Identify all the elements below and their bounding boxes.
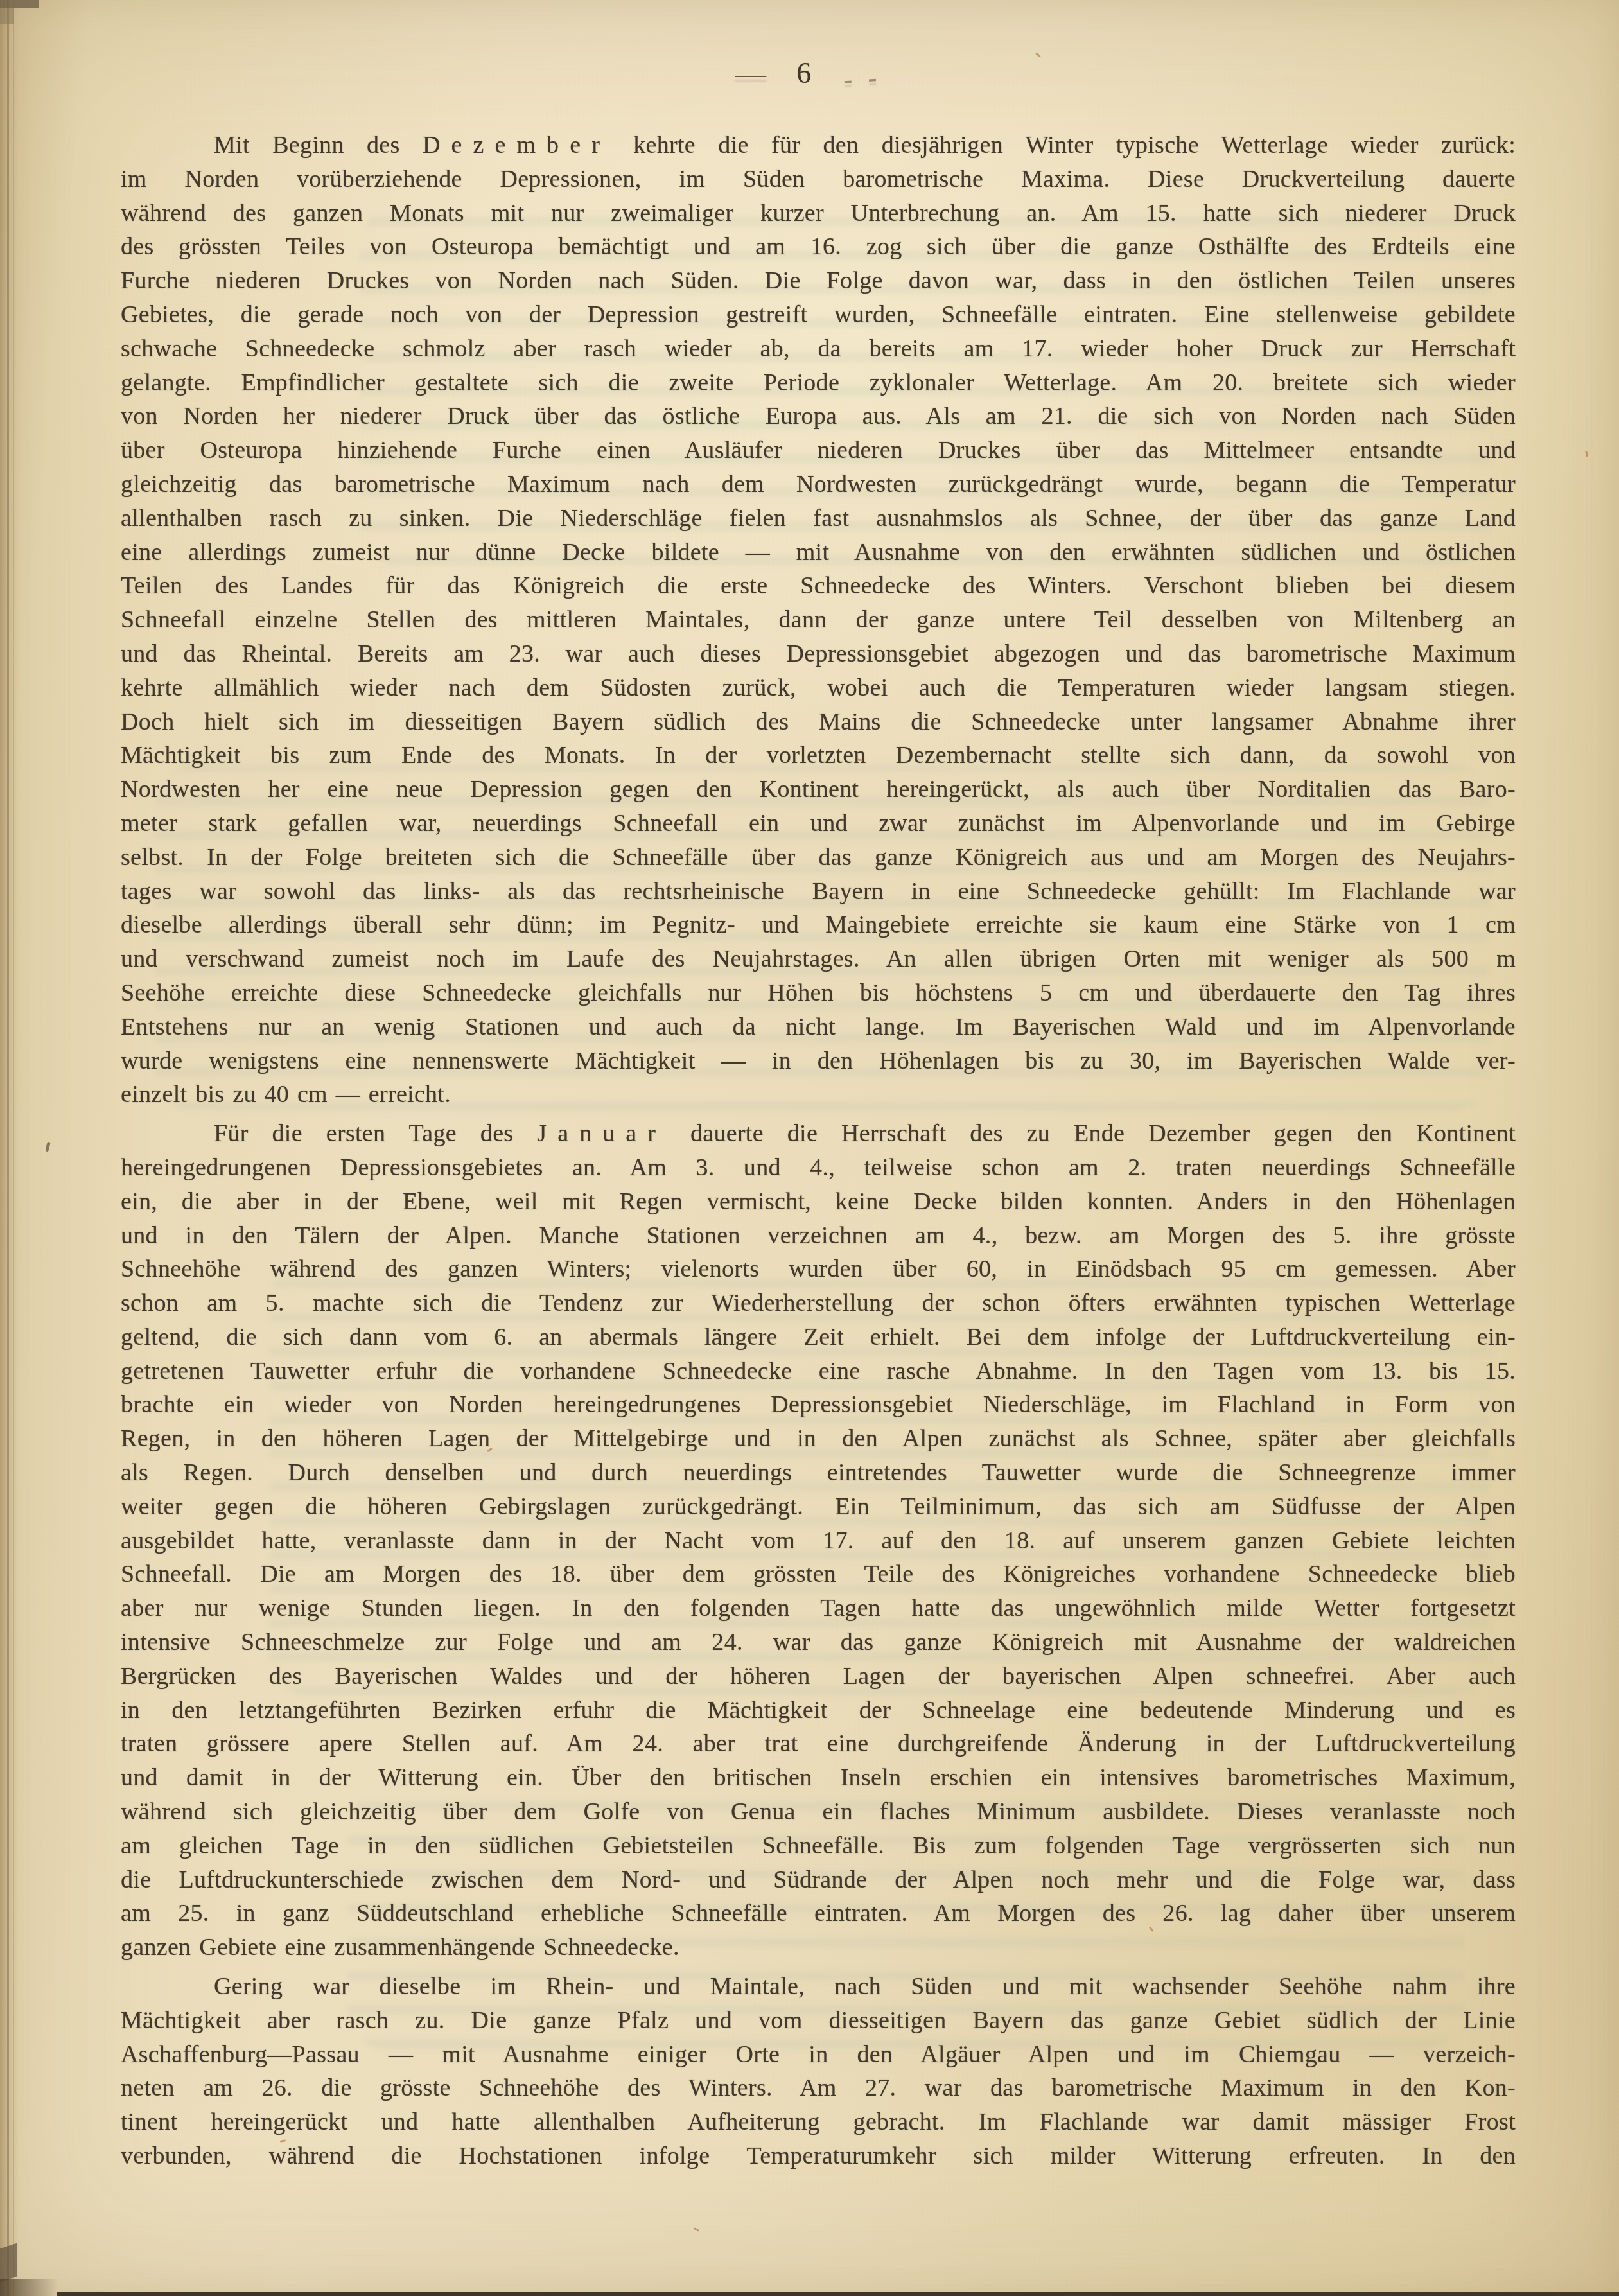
text-line: die Luftdruckunterschiede zwischen dem N…: [121, 1863, 1516, 1897]
text-line: Mächtigkeit aber rasch zu. Die ganze Pfa…: [121, 2004, 1516, 2038]
text-line: in den letztangeführten Bezirken erfuhr …: [121, 1694, 1516, 1728]
text-line: als Regen. Durch denselben und durch neu…: [121, 1456, 1516, 1490]
line-text: dauerte die Herrschaft des zu Ende Dezem…: [667, 1120, 1516, 1147]
text-line: Gebietes, die gerade noch von der Depres…: [121, 298, 1516, 332]
text-line: gelangte. Empfindlicher gestaltete sich …: [121, 366, 1516, 400]
text-line: und verschwand zumeist noch im Laufe des…: [121, 942, 1516, 976]
text-line: getretenen Tauwetter erfuhr die vorhande…: [121, 1354, 1516, 1389]
text-line: während sich gleichzeitig über dem Golfe…: [121, 1795, 1516, 1829]
text-line: Regen, in den höheren Lagen der Mittelge…: [121, 1422, 1516, 1456]
letterspaced-word-dezember: Dezember: [423, 132, 611, 159]
scan-artifact-top-left: [0, 0, 39, 8]
text-line: im Norden vorüberziehende Depressionen, …: [121, 162, 1516, 197]
text-line: neten am 26. die grösste Schneehöhe des …: [121, 2071, 1516, 2105]
text-line: selbst. In der Folge breiteten sich die …: [121, 841, 1516, 875]
text-line: von Norden her niederer Druck über das ö…: [121, 399, 1516, 434]
text-line: ausgebildet hatte, veranlasste dann in d…: [121, 1524, 1516, 1558]
text-line: ein, die aber in der Ebene, weil mit Reg…: [121, 1185, 1516, 1219]
page-header: —6- -: [0, 59, 1619, 89]
text-line: intensive Schneeschmelze zur Folge und a…: [121, 1626, 1516, 1660]
body-text: Mit Beginn des Dezember kehrte die für d…: [121, 128, 1516, 2173]
text-line: eine allerdings zumeist nur dünne Decke …: [121, 536, 1516, 570]
text-line: traten grössere apere Stellen auf. Am 24…: [121, 1727, 1516, 1761]
text-line: am gleichen Tage in den südlichen Gebiet…: [121, 1829, 1516, 1863]
text-line: Für die ersten Tage des Januar dauerte d…: [121, 1117, 1516, 1151]
header-smudge-mark: - -: [843, 64, 882, 94]
text-line: wurde wenigstens eine nennenswerte Mächt…: [121, 1044, 1516, 1078]
text-line: hereingedrungenen Depressionsgebietes an…: [121, 1151, 1516, 1185]
text-line: Aschaffenburg—Passau — mit Ausnahme eini…: [121, 2038, 1516, 2072]
scan-edge-bottom: [57, 2292, 1619, 2296]
text-line: Doch hielt sich im diesseitigen Bayern s…: [121, 705, 1516, 739]
paper-speck: [1585, 451, 1588, 457]
binding-edge-shadow: [0, 0, 19, 2296]
text-line: des grössten Teiles von Osteuropa bemäch…: [121, 230, 1516, 264]
page-edge-line: [7, 0, 9, 2296]
ink-fleck: [45, 1142, 50, 1152]
text-line: tages war sowohl das links- als das rech…: [121, 875, 1516, 909]
scan-artifact-top-left: [0, 8, 14, 24]
text-line: Teilen des Landes für das Königreich die…: [121, 569, 1516, 603]
paper-speck: [1035, 52, 1041, 57]
scan-artifact-bottom-left: [0, 2243, 17, 2282]
text-line: Schneefall einzelne Stellen des mittlere…: [121, 603, 1516, 637]
text-line: ganzen Gebiete eine zusammenhängende Sch…: [121, 1931, 1516, 1965]
text-line: und das Rheintal. Bereits am 23. war auc…: [121, 637, 1516, 671]
text-line: geltend, die sich dann vom 6. an abermal…: [121, 1320, 1516, 1354]
text-line: aber nur wenige Stunden liegen. In den f…: [121, 1591, 1516, 1626]
text-line: Mächtigkeit bis zum Ende des Monats. In …: [121, 739, 1516, 773]
page-edge-line: [13, 0, 14, 2296]
text-line: Entstehens nur an wenig Stationen und au…: [121, 1010, 1516, 1044]
text-line: über Osteuropa hinziehende Furche einen …: [121, 434, 1516, 468]
paper-speck: [694, 2227, 699, 2232]
text-line: meter stark gefallen war, neuerdings Sch…: [121, 807, 1516, 841]
text-line: schon am 5. machte sich die Tendenz zur …: [121, 1286, 1516, 1320]
text-line: während des ganzen Monats mit nur zweima…: [121, 197, 1516, 231]
line-text: Für die ersten Tage des: [214, 1120, 537, 1147]
scanned-page: —6- - Mit Beginn des Dezember kehrte die…: [0, 0, 1619, 2296]
text-line: Nordwesten her eine neue Depression gege…: [121, 773, 1516, 807]
text-line: brachte ein wieder von Norden hereingedr…: [121, 1388, 1516, 1422]
text-line: und damit in der Witterung ein. Über den…: [121, 1761, 1516, 1795]
header-dash: —: [735, 60, 766, 89]
text-line: einzelt bis zu 40 cm — erreicht.: [121, 1078, 1516, 1112]
text-line: weiter gegen die höheren Gebirgslagen zu…: [121, 1490, 1516, 1524]
line-text: kehrte die für den diesjährigen Winter t…: [611, 132, 1516, 159]
text-line: Schneefall. Die am Morgen des 18. über d…: [121, 1557, 1516, 1591]
text-line: am 25. in ganz Süddeutschland erhebliche…: [121, 1897, 1516, 1931]
text-line: Gering war dieselbe im Rhein- und Mainta…: [121, 1970, 1516, 2004]
text-line: dieselbe allerdings überall sehr dünn; i…: [121, 908, 1516, 942]
text-line: Seehöhe erreichte diese Schneedecke glei…: [121, 976, 1516, 1010]
text-line: tinent hereingerückt und hatte allenthal…: [121, 2105, 1516, 2139]
text-line: und in den Tälern der Alpen. Manche Stat…: [121, 1219, 1516, 1253]
text-line: schwache Schneedecke schmolz aber rasch …: [121, 332, 1516, 366]
line-text: Mit Beginn des: [214, 132, 423, 159]
text-line: Furche niederen Druckes von Norden nach …: [121, 264, 1516, 298]
letterspaced-word-januar: Januar: [537, 1120, 667, 1147]
text-line: verbunden, während die Hochstationen inf…: [121, 2139, 1516, 2173]
text-line: gleichzeitig das barometrische Maximum n…: [121, 468, 1516, 502]
text-line: allenthalben rasch zu sinken. Die Nieder…: [121, 502, 1516, 536]
text-line: Schneehöhe während des ganzen Winters; v…: [121, 1252, 1516, 1286]
page-number: 6: [796, 59, 811, 87]
text-line: Bergrücken des Bayerischen Waldes und de…: [121, 1660, 1516, 1694]
text-line: Mit Beginn des Dezember kehrte die für d…: [121, 128, 1516, 162]
text-line: kehrte allmählich wieder nach dem Südost…: [121, 671, 1516, 705]
scan-artifact-bottom-left: [0, 2279, 58, 2296]
